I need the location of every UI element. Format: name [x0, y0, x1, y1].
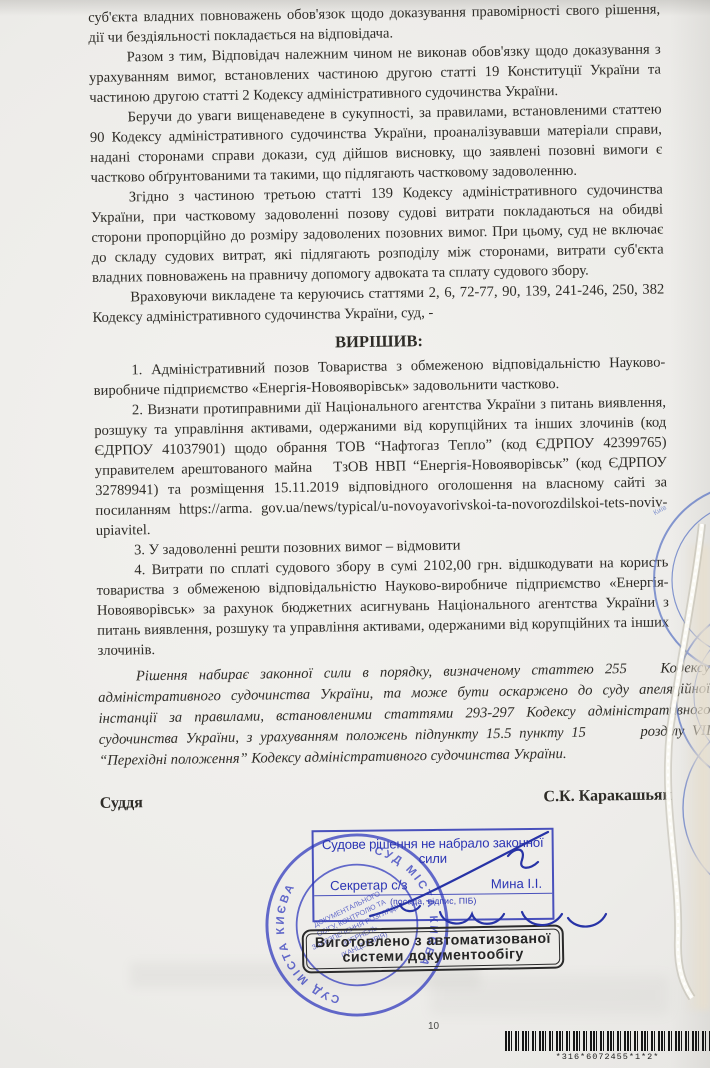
edge-stamp-fragment: Київ	[652, 504, 668, 517]
underlying-page-edge	[684, 545, 710, 1010]
signature-row: Суддя С.К. Каракашьян	[100, 785, 672, 813]
automated-stamp-line: системи документообігу	[307, 947, 559, 967]
page-number: 10	[428, 1021, 439, 1032]
barcode: *316*6072455*1*2*	[505, 1031, 710, 1062]
signature-caption: (посада, підпис, ПІБ)	[314, 895, 552, 907]
secretary-name: Мина І.І.	[491, 876, 542, 892]
judge-label: Суддя	[100, 793, 143, 814]
secretary-label: Секретар с/з	[330, 877, 408, 893]
resolution-item: 4. Витрати по сплаті судового збору в су…	[96, 552, 669, 660]
bleed-through	[430, 975, 670, 1015]
validity-stamp-title: Судове рішення не набрало законної сили	[314, 835, 552, 867]
automated-stamp: Виготовлено з автоматизованої системи до…	[302, 924, 565, 973]
secretary-row: Секретар с/з Мина І.І.	[330, 876, 542, 893]
paragraph: Враховуючи викладене та керуючись стаття…	[92, 279, 665, 327]
resolution-item: 2. Визнати протиправними дії Національно…	[94, 392, 668, 540]
scanned-court-decision-page: суб'єкта владних повноважень обов'язок щ…	[0, 0, 710, 1068]
paragraph: Разом з тим, Відповідач належним чином н…	[89, 40, 662, 108]
svg-text:Київ: Київ	[652, 504, 668, 517]
automated-stamp-border: Виготовлено з автоматизованої системи до…	[302, 924, 565, 973]
paragraph: Згідно з частиною третьою статті 139 Код…	[91, 179, 664, 287]
paragraph: Беручи до уваги вищенаведене в сукупност…	[89, 100, 662, 188]
secretary-signature-space	[408, 891, 491, 892]
barcode-bars	[505, 1031, 710, 1051]
resolution-heading: ВИРІШИВ:	[93, 327, 665, 355]
validity-stamp: Судове рішення не набрало законної сили …	[312, 828, 555, 923]
document-text: суб'єкта владних повноважень обов'язок щ…	[88, 0, 672, 814]
barcode-label: *316*6072455*1*2*	[505, 1052, 710, 1062]
